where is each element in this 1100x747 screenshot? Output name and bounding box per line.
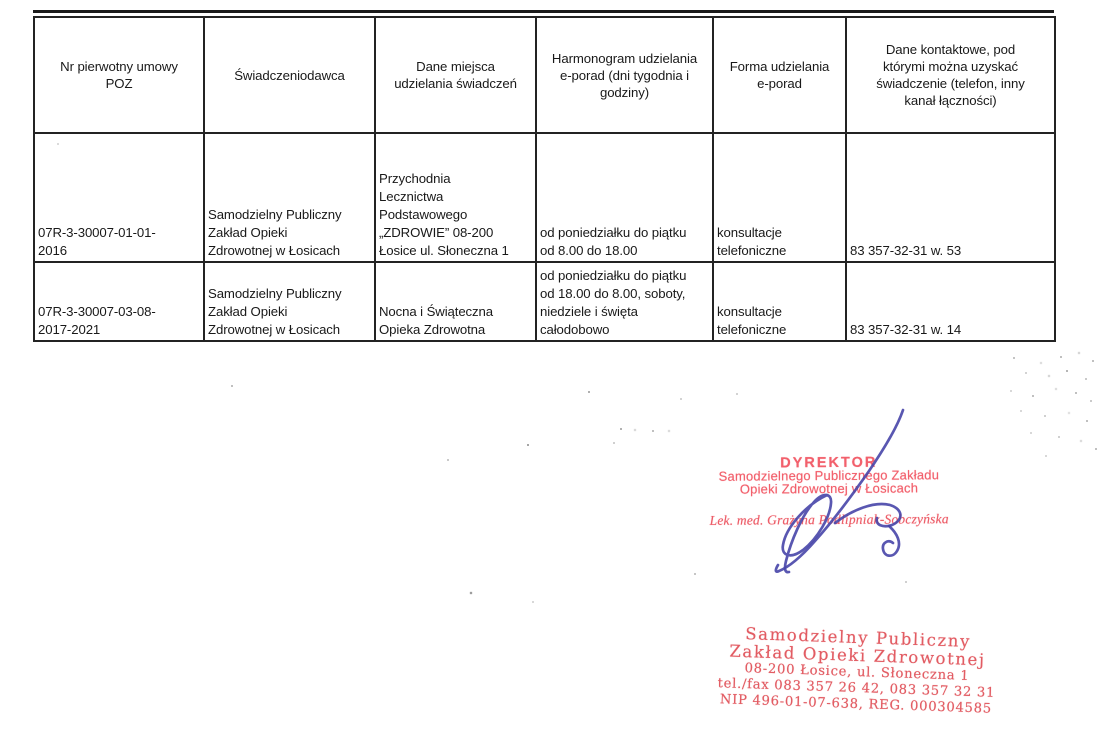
scan-noise: [0, 0, 2, 2]
header-form: Forma udzielania e-porad: [713, 17, 846, 133]
cell-contract-number: 07R-3-30007-03-08- 2017-2021: [34, 262, 204, 341]
cell-place: Przychodnia Lecznictwa Podstawowego „ZDR…: [375, 133, 536, 262]
cell-form: konsultacje telefoniczne: [713, 133, 846, 262]
e-services-table: Nr pierwotny umowy POZ Świadczeniodawca …: [33, 16, 1056, 342]
director-stamp: DYREKTOR Samodzielnego Publicznego Zakła…: [699, 455, 959, 529]
header-contact: Dane kontaktowe, pod którymi można uzysk…: [846, 17, 1055, 133]
facility-stamp: Samodzielny Publiczny Zakład Opieki Zdro…: [693, 623, 1022, 718]
table-row: 07R-3-30007-03-08- 2017-2021 Samodzielny…: [34, 262, 1055, 341]
cell-form: konsultacje telefoniczne: [713, 262, 846, 341]
header-schedule: Harmonogram udzielania e-porad (dni tygo…: [536, 17, 713, 133]
cell-provider: Samodzielny Publiczny Zakład Opieki Zdro…: [204, 133, 375, 262]
cell-provider: Samodzielny Publiczny Zakład Opieki Zdro…: [204, 262, 375, 341]
director-signatory-name: Lek. med. Grażyna Podlipniak-Sobczyńska: [699, 511, 959, 529]
header-contract-number: Nr pierwotny umowy POZ: [34, 17, 204, 133]
cell-schedule: od poniedziałku do piątku od 18.00 do 8.…: [536, 262, 713, 341]
cell-schedule: od poniedziałku do piątku od 8.00 do 18.…: [536, 133, 713, 262]
cell-contract-number: 07R-3-30007-01-01- 2016: [34, 133, 204, 262]
cell-place: Nocna i Świąteczna Opieka Zdrowotna: [375, 262, 536, 341]
cell-contact: 83 357-32-31 w. 14: [846, 262, 1055, 341]
table-header-row: Nr pierwotny umowy POZ Świadczeniodawca …: [34, 17, 1055, 133]
header-place: Dane miejsca udzielania świadczeń: [375, 17, 536, 133]
table-top-rule: [33, 10, 1054, 13]
cell-contact: 83 357-32-31 w. 53: [846, 133, 1055, 262]
table-row: 07R-3-30007-01-01- 2016 Samodzielny Publ…: [34, 133, 1055, 262]
header-provider: Świadczeniodawca: [204, 17, 375, 133]
director-stamp-line2: Opieki Zdrowotnej w Łosicach: [699, 482, 959, 496]
